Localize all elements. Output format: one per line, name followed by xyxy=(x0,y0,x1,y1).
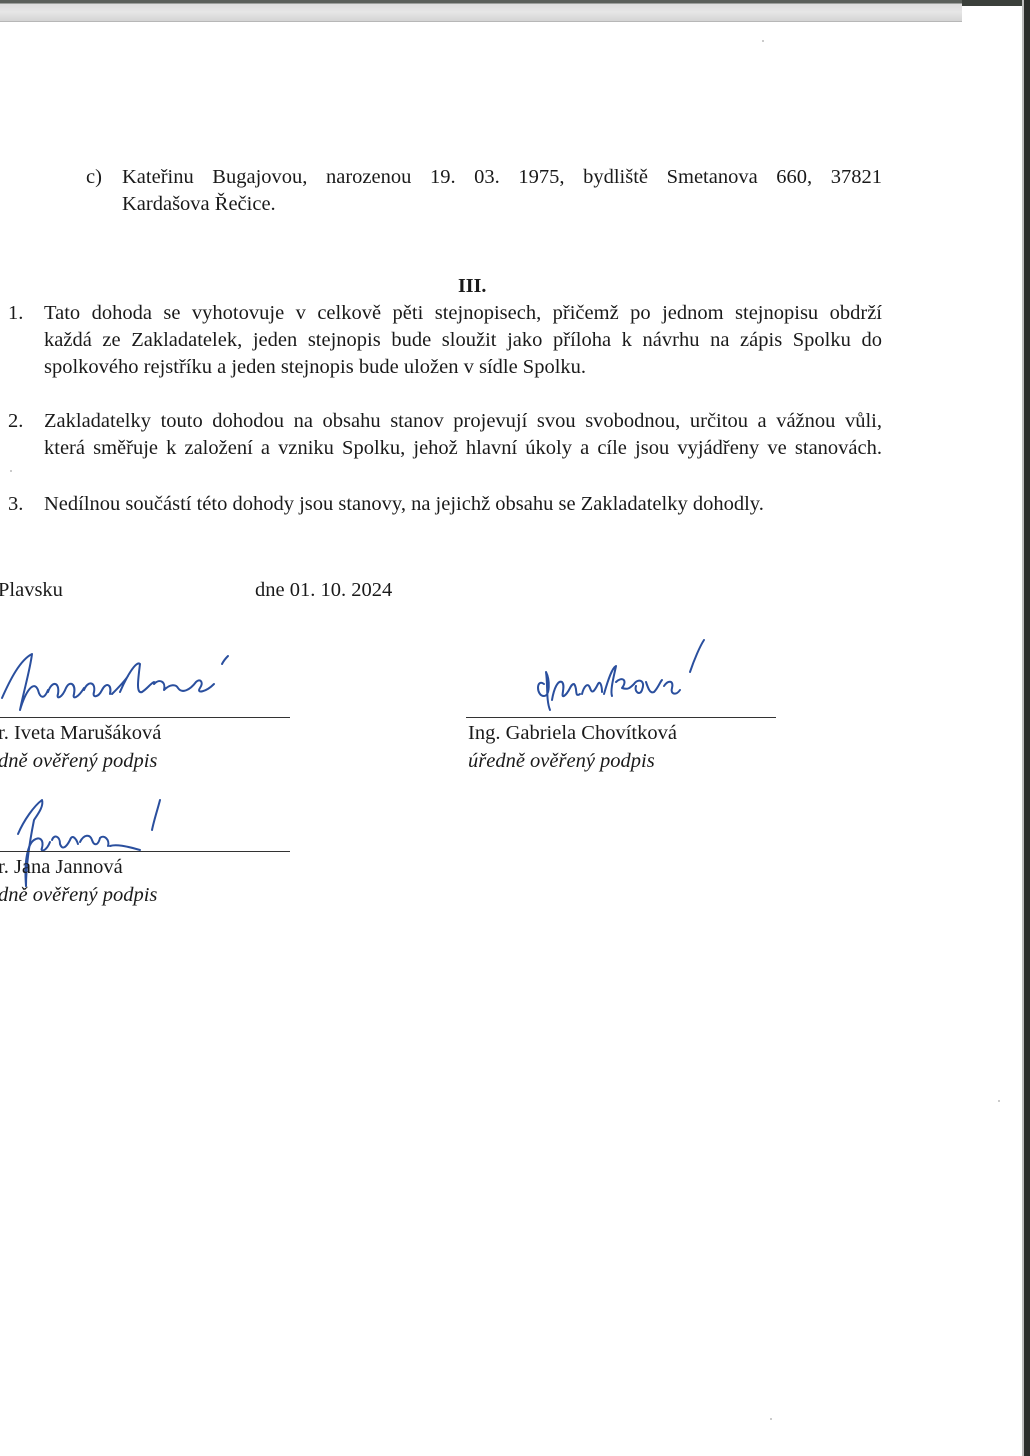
item-c-line: Kardašova Řečice. xyxy=(122,191,882,218)
item-c-line: Kateřinu Bugajovou, narozenou 19. 03. 19… xyxy=(122,164,882,191)
scan-speck xyxy=(10,470,12,472)
clause-3-text: Nedílnou součástí této dohody jsou stano… xyxy=(44,491,882,518)
signature-chovitkova xyxy=(530,636,730,716)
signatory-name: r. Iveta Marušáková xyxy=(0,720,161,747)
scan-speck xyxy=(770,1418,772,1420)
clause-line: Zakladatelky touto dohodou na obsahu sta… xyxy=(44,408,882,435)
signatory-note: dně ověřený podpis xyxy=(0,748,157,775)
clause-line: spolkového rejstříku a jeden stejnopis b… xyxy=(44,354,882,381)
clause-line: každá ze Zakladatelek, jeden stejnopis b… xyxy=(44,327,882,354)
signature-marusakova xyxy=(0,640,240,720)
scan-top-edge xyxy=(0,0,962,22)
scan-top-corner xyxy=(962,0,1022,6)
signatory-note: úředně ověřený podpis xyxy=(468,748,655,775)
clause-line: Nedílnou součástí této dohody jsou stano… xyxy=(44,491,882,518)
item-c-marker: c) xyxy=(86,164,102,191)
signatory-name: r. Jana Jannová xyxy=(0,854,123,881)
clause-1-text: Tato dohoda se vyhotovuje v celkově pěti… xyxy=(44,300,882,381)
clause-2-text: Zakladatelky touto dohodou na obsahu sta… xyxy=(44,408,882,462)
scan-speck xyxy=(762,40,764,42)
signatory-name: Ing. Gabriela Chovítková xyxy=(468,720,677,747)
scan-speck xyxy=(998,1100,1000,1102)
date: dne 01. 10. 2024 xyxy=(255,577,392,604)
signature-line xyxy=(0,851,290,852)
clause-line: Tato dohoda se vyhotovuje v celkově pěti… xyxy=(44,300,882,327)
scan-right-edge xyxy=(1022,0,1030,1456)
signature-line xyxy=(0,717,290,718)
place: Plavsku xyxy=(0,577,63,604)
section-heading: III. xyxy=(458,275,486,298)
clause-2-number: 2. xyxy=(8,408,23,435)
clause-1-number: 1. xyxy=(8,300,23,327)
clause-line: která směřuje k založení a vzniku Spolku… xyxy=(44,435,882,462)
clause-3-number: 3. xyxy=(8,491,23,518)
item-c-text: Kateřinu Bugajovou, narozenou 19. 03. 19… xyxy=(122,164,882,218)
signatory-note: dně ověřený podpis xyxy=(0,882,157,909)
signature-line xyxy=(466,717,776,718)
